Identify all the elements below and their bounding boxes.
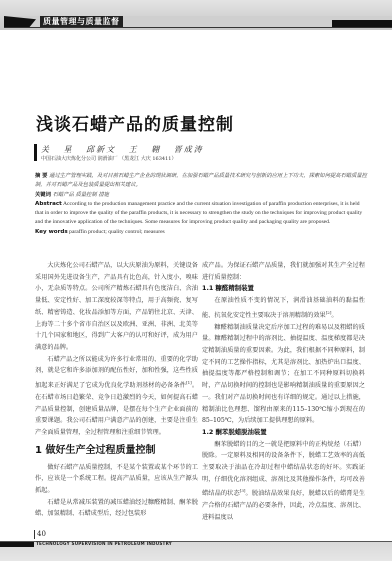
paragraph: 石蜡产品之所以能成为许多行业常用的、重要的化学助剂，就是它和许多添加剂的配伍性好… bbox=[35, 354, 198, 439]
abstract-en-text: According to the production management p… bbox=[35, 201, 362, 226]
footer-bar: TECHNOLOGY SUPERVISION IN PETROLEUM INDU… bbox=[0, 541, 392, 547]
article-title: 浅谈石蜡产品的质量控制 bbox=[36, 110, 234, 135]
paragraph: 做好石蜡产品质量控制，不是某个装置或某个环节的工作，应该是一个系统工程。提高产品… bbox=[35, 462, 198, 497]
section-label: 质量管理与质量监督 bbox=[40, 16, 123, 27]
header-decoration bbox=[332, 20, 392, 27]
header-bar: 质量管理与质量监督 bbox=[4, 16, 392, 28]
authors-marker bbox=[34, 144, 37, 161]
journal-logo-icon bbox=[4, 16, 36, 27]
body-column-left: 大庆炼化公司石蜡产品，以大庆原油为原料，关键设备采用国外先进设备生产，产品具有比… bbox=[35, 260, 198, 520]
paragraph: 酮苯脱蜡的目的之一就是把原料中的正构烷烃（石蜡）脱除。一定原料及相同的设备条件下… bbox=[202, 439, 365, 524]
keywords-cn-text: 石蜡产品 质量控制 措施 bbox=[53, 192, 109, 198]
article-affiliation: 中国石油大庆炼化分公司 润滑油厂 （黑龙江 大庆 163411） bbox=[41, 155, 176, 162]
abstract-cn: 摘 要 通过生产管理实践，及对目前石蜡生产企业的现状调研，在加强石蜡产品质量技术… bbox=[35, 172, 367, 191]
paragraph: 糠醛精制油质量决定后序加工过程的难易以及粗蜡的质量。糠醛精制过程中的溶剂比、抽提… bbox=[202, 322, 365, 427]
subsection-heading: 1.2 酮苯脱蜡脱油装置 bbox=[202, 427, 365, 439]
paragraph: 大庆炼化公司石蜡产品，以大庆原油为原料，关键设备采用国外先进设备生产，产品具有比… bbox=[35, 260, 198, 354]
paragraph: 成产品。为保证石蜡产品质量，我们就加强对其生产全过程进行质量控制： bbox=[202, 260, 365, 283]
abstract-cn-label: 摘 要 bbox=[35, 173, 47, 179]
abstract-en: Abstract According to the production man… bbox=[35, 200, 367, 228]
footer-decoration bbox=[0, 542, 34, 547]
abstract-en-label: Abstract bbox=[35, 201, 62, 207]
abstract-section: 摘 要 通过生产管理实践，及对目前石蜡生产企业的现状调研，在加强石蜡产品质量技术… bbox=[35, 172, 367, 237]
keywords-en-label: Key words bbox=[35, 229, 68, 235]
article-authors: 关 星 邱新文 王 翱 晋成涛 bbox=[41, 144, 204, 155]
section-heading: 1 做好生产全过程质量控制 bbox=[35, 444, 198, 458]
paragraph: 在原油性质不变的情况下，润滑油基础油料的黏温性能、抗氧化安定性主要取决于溶剂精制… bbox=[202, 295, 365, 321]
abstract-cn-text: 通过生产管理实践，及对目前石蜡生产企业的现状调研，在加强石蜡产品质量技术研究与创… bbox=[35, 173, 367, 188]
page-number: 40 bbox=[34, 530, 46, 539]
paragraph: 石蜡是从常减压装置的减压蜡油经过糠醛精制、酮苯脱蜡、加氢精制、石蜡成型后，经过包… bbox=[35, 497, 198, 520]
body-column-right: 成产品。为保证石蜡产品质量，我们就加强对其生产全过程进行质量控制： 1.1 糠醛… bbox=[202, 260, 365, 524]
subsection-heading: 1.1 糠醛精制装置 bbox=[202, 283, 365, 295]
keywords-cn-label: 关键词 bbox=[35, 192, 51, 198]
journal-name: TECHNOLOGY SUPERVISION IN PETROLEUM INDU… bbox=[36, 541, 172, 546]
keywords-cn: 关键词 石蜡产品 质量控制 措施 bbox=[35, 191, 367, 200]
keywords-en-text: paraffin product; quality control; measu… bbox=[69, 229, 165, 235]
keywords-en: Key words paraffin product; quality cont… bbox=[35, 228, 367, 237]
